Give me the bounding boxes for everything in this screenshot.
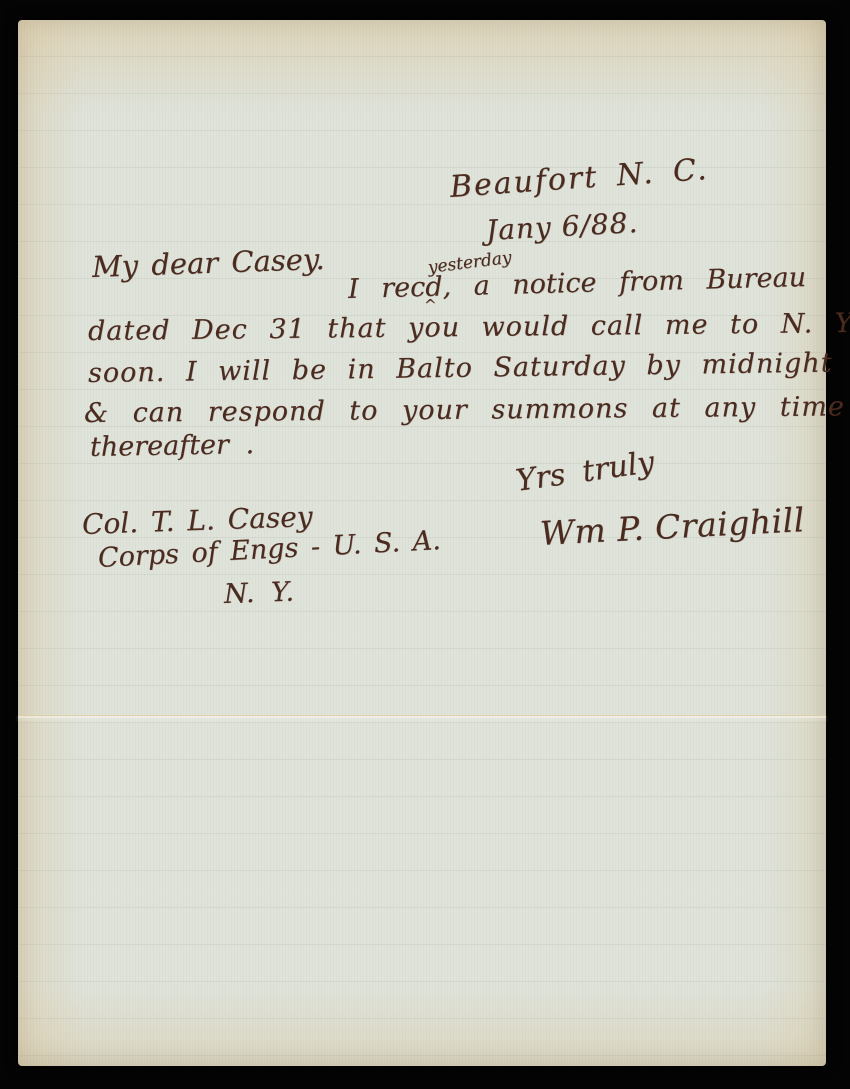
closing: Yrs truly bbox=[514, 445, 657, 499]
fold-crease bbox=[18, 715, 826, 718]
body-line-5: thereafter . bbox=[90, 429, 255, 463]
body-line-2: dated Dec 31 that you would call me to N… bbox=[88, 308, 850, 347]
body-line-4: & can respond to your summons at any tim… bbox=[84, 391, 845, 429]
salutation: My dear Casey. bbox=[91, 242, 325, 284]
body-line-3: soon. I will be in Balto Saturday by mid… bbox=[88, 348, 833, 389]
signature: Wm P. Craighill bbox=[539, 500, 806, 553]
letter-page: Beaufort N. C. Jany 6/88. My dear Casey.… bbox=[18, 20, 826, 1066]
letterhead-place: Beaufort N. C. bbox=[449, 152, 710, 205]
photo-background: Beaufort N. C. Jany 6/88. My dear Casey.… bbox=[0, 0, 850, 1089]
body-line-1: I recd, a notice from Bureau bbox=[348, 262, 807, 305]
letterhead-date: Jany 6/88. bbox=[485, 206, 639, 247]
recipient-city: N. Y. bbox=[223, 577, 294, 610]
